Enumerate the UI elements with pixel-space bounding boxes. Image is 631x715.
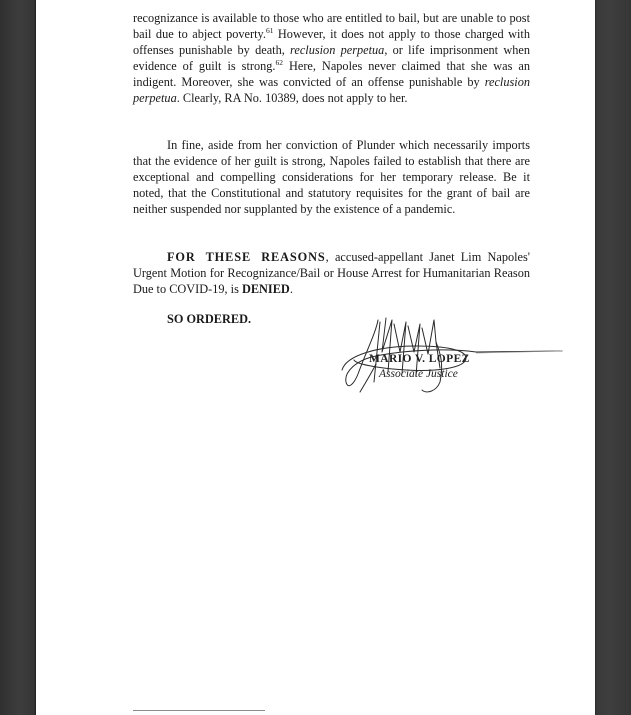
- document-page: recognizance is available to those who a…: [36, 0, 595, 715]
- footnote-ref[interactable]: 62: [275, 58, 283, 67]
- text-column: recognizance is available to those who a…: [133, 11, 530, 328]
- paragraph-recognizance: recognizance is available to those who a…: [133, 11, 530, 106]
- signatory-title: Associate Justice: [379, 368, 458, 380]
- signature-block: MARIO V. LOPEZ Associate Justice: [336, 312, 566, 402]
- for-these-reasons: FOR THESE REASONS: [167, 250, 326, 264]
- signatory-name: MARIO V. LOPEZ: [369, 353, 470, 365]
- footnote-divider: [133, 710, 265, 711]
- italic-term: reclusion perpetua: [290, 43, 384, 57]
- verdict: DENIED: [242, 282, 290, 296]
- paragraph-text: .: [290, 282, 293, 296]
- paragraph-text: . Clearly, RA No. 10389, does not apply …: [177, 91, 408, 105]
- document-viewer: recognizance is available to those who a…: [0, 0, 631, 715]
- paragraph-dispositive: FOR THESE REASONS, accused-appellant Jan…: [133, 250, 530, 298]
- paragraph-in-fine: In fine, aside from her conviction of Pl…: [133, 138, 530, 218]
